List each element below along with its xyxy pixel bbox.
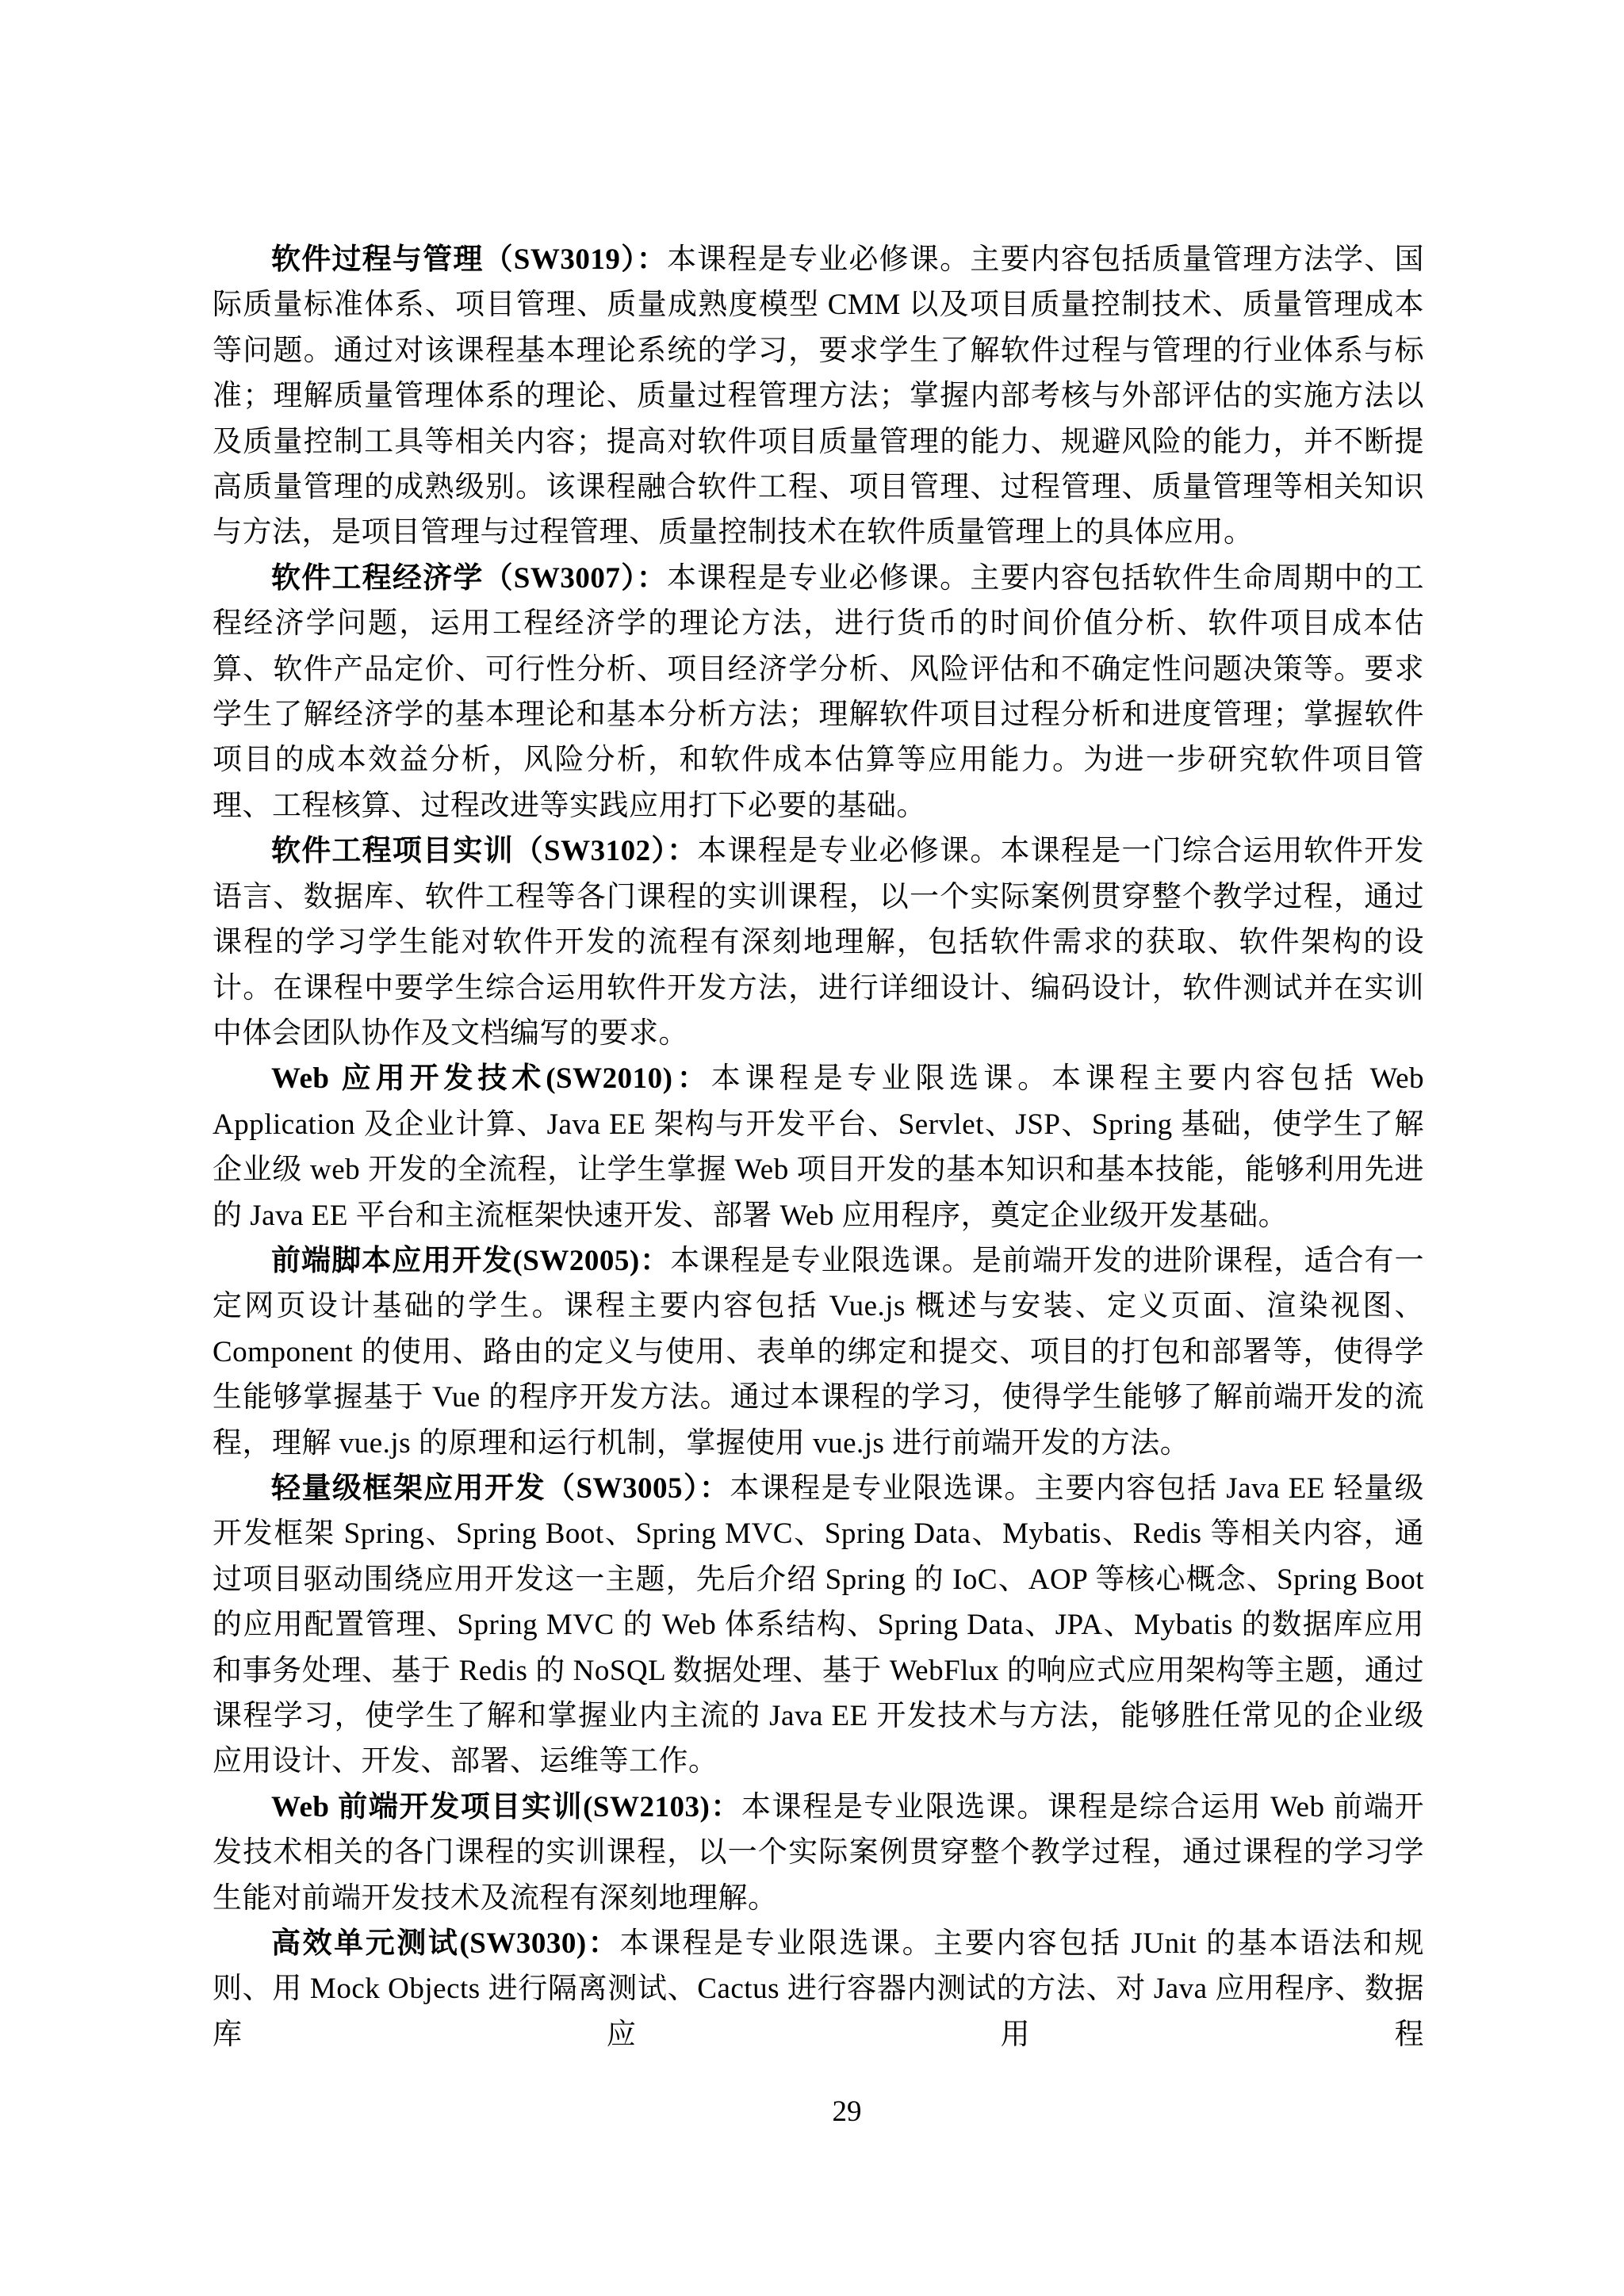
paragraph-course-sw3019: 软件过程与管理（SW3019）：本课程是专业必修课。主要内容包括质量管理方法学、… (213, 237, 1424, 556)
course-title-sw3030: 高效单元测试(SW3030)： (271, 1927, 619, 1960)
paragraph-course-sw2010: Web 应用开发技术(SW2010)：本课程是专业限选课。本课程主要内容包括 W… (213, 1056, 1424, 1238)
course-title-sw3005: 轻量级框架应用开发（SW3005）： (271, 1472, 730, 1505)
course-description-sw3007: 本课程是专业必修课。主要内容包括软件生命周期中的工程经济学问题，运用工程经济学的… (213, 562, 1424, 822)
paragraph-course-sw3102: 软件工程项目实训（SW3102）：本课程是专业必修课。本课程是一门综合运用软件开… (213, 828, 1424, 1056)
page-number: 29 (70, 2095, 1624, 2130)
course-title-sw3019: 软件过程与管理（SW3019）： (271, 243, 667, 276)
paragraph-course-sw3030: 高效单元测试(SW3030)：本课程是专业限选课。主要内容包括 JUnit 的基… (213, 1921, 1424, 2057)
paragraph-course-sw3007: 软件工程经济学（SW3007）：本课程是专业必修课。主要内容包括软件生命周期中的… (213, 556, 1424, 828)
course-description-sw3019: 本课程是专业必修课。主要内容包括质量管理方法学、国际质量标准体系、项目管理、质量… (213, 243, 1424, 549)
paragraph-course-sw2005: 前端脚本应用开发(SW2005)：本课程是专业限选课。是前端开发的进阶课程，适合… (213, 1238, 1424, 1466)
course-title-sw3007: 软件工程经济学（SW3007）： (271, 562, 667, 595)
course-description-sw3005: 本课程是专业限选课。主要内容包括 Java EE 轻量级开发框架 Spring、… (213, 1472, 1424, 1777)
course-title-sw2010: Web 应用开发技术(SW2010)： (271, 1062, 711, 1095)
page-content: 软件过程与管理（SW3019）：本课程是专业必修课。主要内容包括质量管理方法学、… (213, 237, 1424, 2057)
course-title-sw2103: Web 前端开发项目实训(SW2103)： (271, 1791, 741, 1823)
course-title-sw3102: 软件工程项目实训（SW3102）： (271, 835, 697, 867)
course-title-sw2005: 前端脚本应用开发(SW2005)： (271, 1245, 670, 1277)
paragraph-course-sw2103: Web 前端开发项目实训(SW2103)：本课程是专业限选课。课程是综合运用 W… (213, 1785, 1424, 1921)
paragraph-course-sw3005: 轻量级框架应用开发（SW3005）：本课程是专业限选课。主要内容包括 Java … (213, 1466, 1424, 1785)
document-page: 软件过程与管理（SW3019）：本课程是专业必修课。主要内容包括质量管理方法学、… (0, 0, 1624, 2296)
